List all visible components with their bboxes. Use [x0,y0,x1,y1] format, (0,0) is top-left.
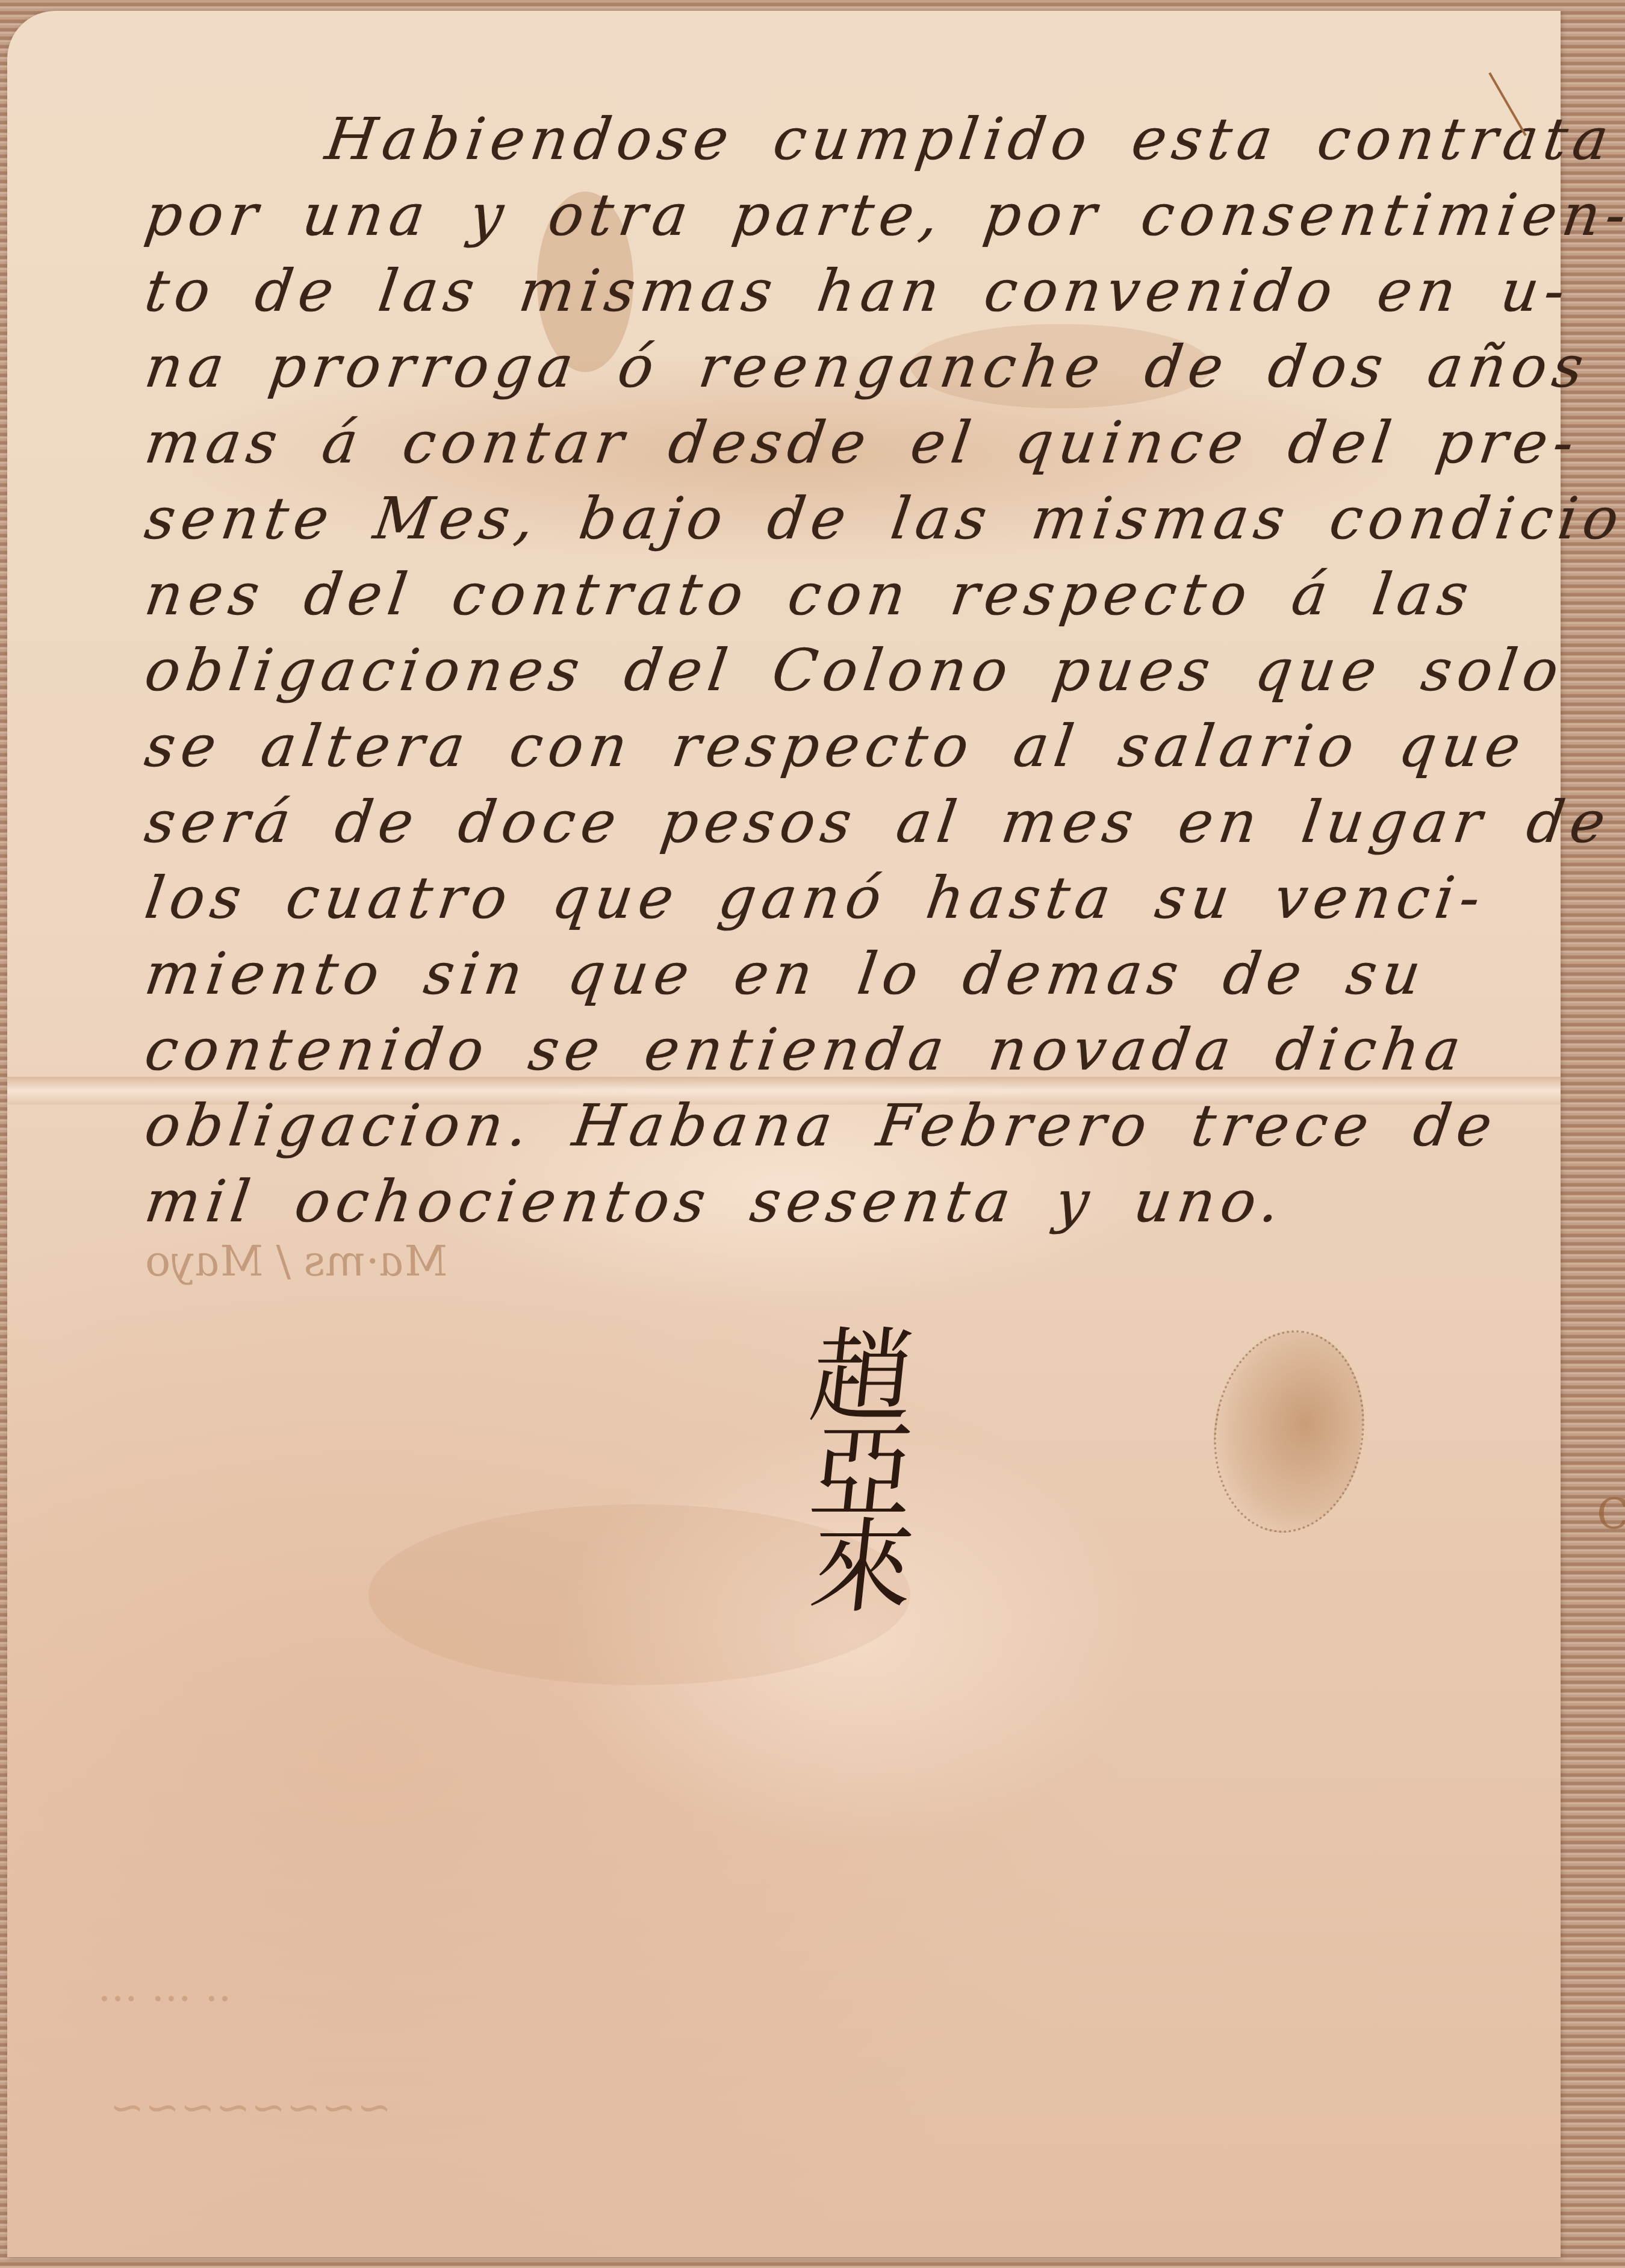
chinese-signature: 趙 亞 來 [784,1330,940,1615]
signature-character: 亞 [806,1425,919,1520]
text-line: to de las mismas han convenido en u- [140,253,1578,329]
edge-letter-mark: C [1597,1489,1625,1539]
text-line: será de doce pesos al mes en lugar de [140,784,1578,860]
bleed-through-mark: ·· ··· ··· [93,1974,236,2023]
text-line: por una y otra parte, por consentimien- [140,177,1578,253]
text-line: miento sin que en lo demas de su [140,936,1578,1012]
document-page: Ma·ms / Mayo ·· ··· ··· ~~~~~~~~ Habiend… [7,11,1561,2257]
signature-character: 趙 [806,1330,919,1425]
text-line: obligaciones del Colono pues que solo [140,632,1578,708]
text-line: los cuatro que ganó hasta su venci- [140,860,1578,936]
text-line: sente Mes, bajo de las mismas condicio- [140,481,1578,556]
text-line: Habiendose cumplido esta contrata [140,101,1578,177]
text-line: nes del contrato con respecto á las [140,556,1578,632]
bleed-through-flourish: ~~~~~~~~ [105,2083,397,2132]
seal-impression [1201,1320,1378,1542]
text-line: obligacion. Habana Febrero trece de [140,1088,1578,1164]
text-line: mil ochocientos sesenta y uno. [140,1164,1578,1239]
handwritten-text-body: Habiendose cumplido esta contrata por un… [146,101,1573,1239]
text-line: se altera con respecto al salario que [140,708,1578,784]
signature-character: 來 [806,1520,919,1615]
text-line: contenido se entienda novada dicha [140,1012,1578,1088]
bleed-through-mark: Ma·ms / Mayo [141,1236,452,1286]
text-line: na prorroga ó reenganche de dos años [140,329,1578,405]
text-line: mas á contar desde el quince del pre- [140,405,1578,481]
